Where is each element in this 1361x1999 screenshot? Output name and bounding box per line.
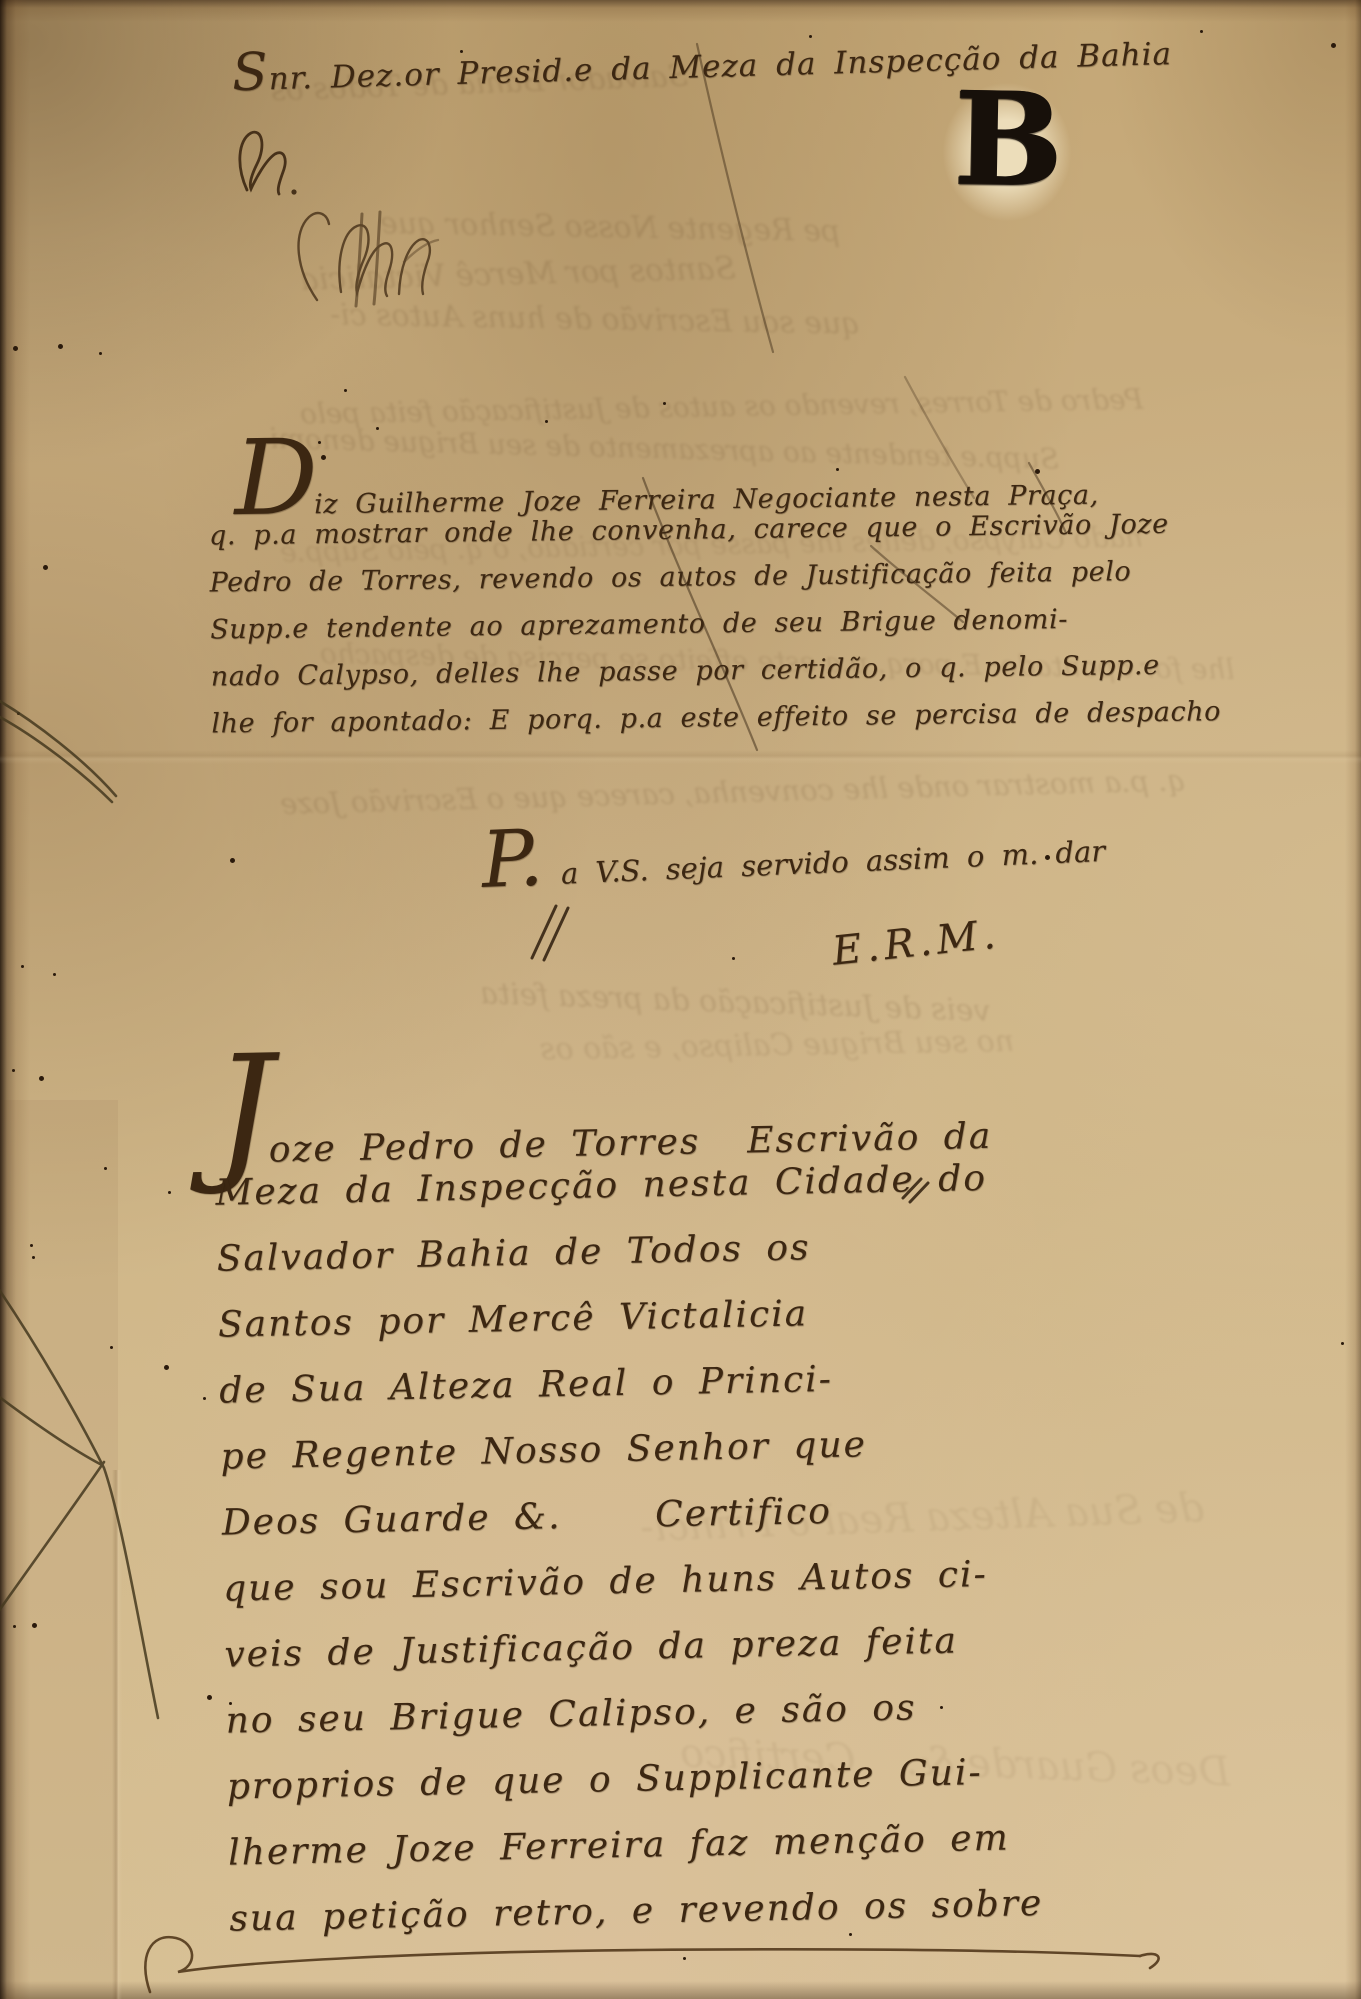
bleedthrough-text: Pedro de Torres, revendo os autos de Jus…	[300, 383, 1144, 431]
manuscript-page: Salvador Bahia de Todos os pe Regente No…	[0, 0, 1361, 1999]
certificate-paragraph: Joze Pedro de Torres Escrivão da Meza da…	[214, 1089, 1130, 1964]
prayer-line: P. a V.S. seja servido assim o m. dar	[482, 833, 1106, 894]
closing-erm: E.R.M.	[830, 911, 1002, 974]
petition-line: lhe for apontado: E porq. p.a este effei…	[211, 697, 1112, 755]
corner-letter-b: B	[953, 75, 1063, 205]
bleedthrough-text: veis de Justificação da preza feita	[480, 976, 992, 1029]
bleedthrough-text: pe Regente Nosso Senhor que	[380, 206, 841, 249]
bleedthrough-text: no seu Brigue Calipso, e são os	[540, 1024, 1015, 1067]
ink-specks	[0, 0, 3, 3]
rubric-flourish	[240, 132, 297, 194]
left-margin-shade	[0, 1100, 118, 1999]
bleedthrough-text: que sou Escrivão de huns Autos ci-	[330, 297, 861, 341]
petition-paragraph: Diz Guilherme Joze Ferreira Negociante n…	[208, 463, 1111, 756]
clerk-paraph	[299, 212, 438, 306]
horizontal-fold-crease	[0, 750, 1361, 764]
bleedthrough-text: Santos por Mercê Victalicia	[300, 250, 737, 297]
bleedthrough-text: q. p.a mostrar onde lhe convenha, carece…	[280, 763, 1187, 821]
